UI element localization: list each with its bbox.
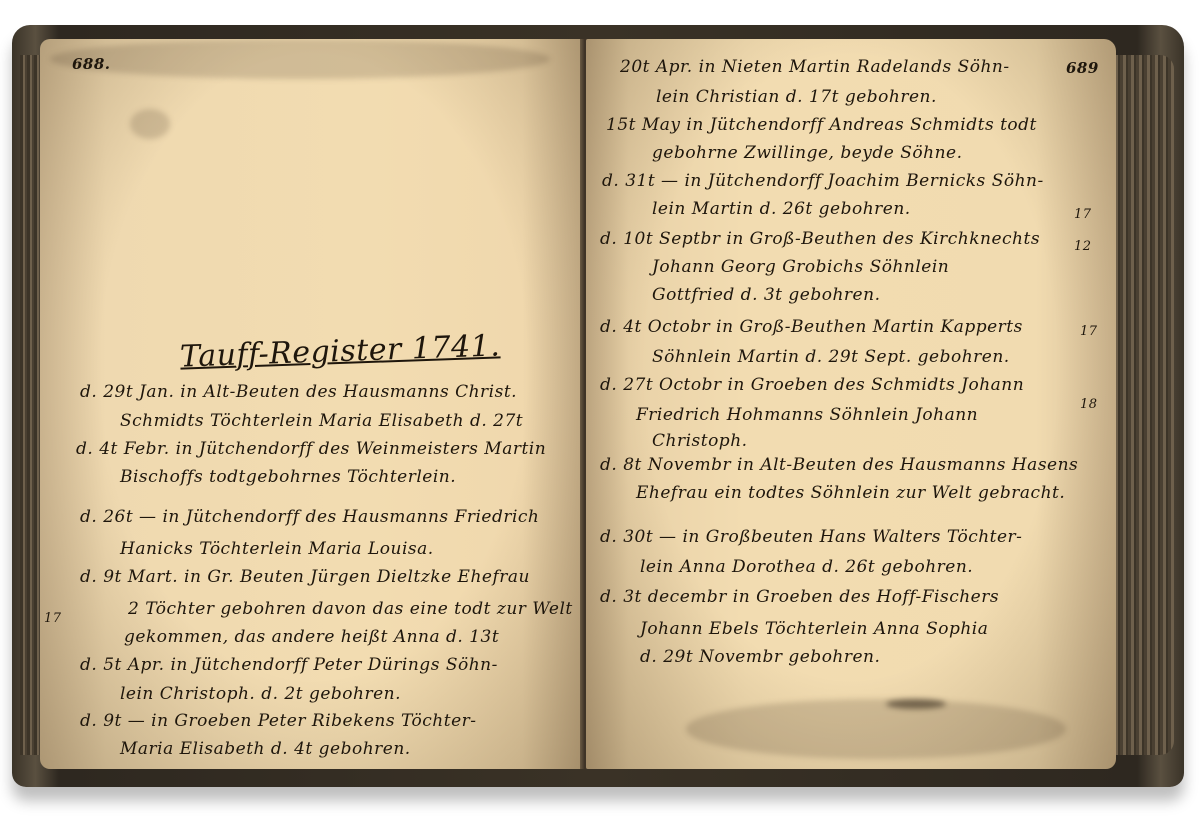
margin-note: 17 bbox=[1080, 324, 1098, 339]
entry-line: d. 10t Septbr in Groß-Beuthen des Kirchk… bbox=[600, 229, 1040, 249]
entry-line: lein Martin d. 26t gebohren. bbox=[652, 199, 911, 219]
entry-line: d. 9t — in Groeben Peter Ribekens Töchte… bbox=[80, 711, 477, 731]
entry-line: Johann Ebels Töchterlein Anna Sophia bbox=[640, 619, 988, 639]
entry-line: 15t May in Jütchendorff Andreas Schmidts… bbox=[606, 115, 1037, 135]
entry-line: Maria Elisabeth d. 4t gebohren. bbox=[120, 739, 411, 759]
entry-line: Johann Georg Grobichs Söhnlein bbox=[652, 257, 949, 277]
entry-line: d. 5t Apr. in Jütchendorff Peter Dürings… bbox=[80, 655, 498, 675]
entry-line: d. 8t Novembr in Alt-Beuten des Hausmann… bbox=[600, 455, 1078, 475]
entry-line: gebohrne Zwillinge, beyde Söhne. bbox=[652, 143, 963, 163]
margin-note: 18 bbox=[1080, 397, 1098, 412]
entry-line: d. 30t — in Großbeuten Hans Walters Töch… bbox=[600, 527, 1022, 547]
entry-line: 20t Apr. in Nieten Martin Radelands Söhn… bbox=[620, 57, 1010, 77]
entry-line: d. 27t Octobr in Groeben des Schmidts Jo… bbox=[600, 375, 1024, 395]
right-page: 689 20t Apr. in Nieten Martin Radelands … bbox=[586, 39, 1116, 769]
entry-line: Hanicks Töchterlein Maria Louisa. bbox=[120, 539, 434, 559]
entry-line: Friedrich Hohmanns Söhnlein Johann bbox=[636, 405, 978, 425]
entry-line: d. 29t Jan. in Alt-Beuten des Hausmanns … bbox=[80, 382, 517, 402]
entry-line: d. 26t — in Jütchendorff des Hausmanns F… bbox=[80, 507, 539, 527]
left-page: 688. Tauff-Register 1741. d. 29t Jan. in… bbox=[40, 39, 588, 769]
entry-line: Schmidts Töchterlein Maria Elisabeth d. … bbox=[120, 411, 523, 431]
page-number-left: 688. bbox=[72, 55, 111, 73]
margin-note: 12 bbox=[1074, 239, 1092, 254]
entry-line: 2 Töchter gebohren davon das eine todt z… bbox=[128, 599, 573, 619]
entry-line: d. 4t Febr. in Jütchendorff des Weinmeis… bbox=[76, 439, 546, 459]
open-book: 688. Tauff-Register 1741. d. 29t Jan. in… bbox=[12, 25, 1184, 787]
margin-note: 17 bbox=[44, 611, 62, 626]
entry-line: d. 31t — in Jütchendorff Joachim Bernick… bbox=[602, 171, 1044, 191]
register-title: Tauff-Register 1741. bbox=[179, 328, 500, 374]
entry-line: d. 29t Novembr gebohren. bbox=[640, 647, 880, 667]
entry-line: d. 3t decembr in Groeben des Hoff-Fische… bbox=[600, 587, 999, 607]
entry-line: lein Christian d. 17t gebohren. bbox=[656, 87, 937, 107]
margin-note: 17 bbox=[1074, 207, 1092, 222]
entry-line: Bischoffs todtgebohrnes Töchterlein. bbox=[120, 467, 456, 487]
entry-line: d. 4t Octobr in Groß-Beuthen Martin Kapp… bbox=[600, 317, 1023, 337]
entry-line: lein Anna Dorothea d. 26t gebohren. bbox=[640, 557, 973, 577]
page-number-right: 689 bbox=[1066, 59, 1099, 77]
entry-line: Söhnlein Martin d. 29t Sept. gebohren. bbox=[652, 347, 1010, 367]
entry-line: Ehefrau ein todtes Söhnlein zur Welt geb… bbox=[636, 483, 1065, 503]
entry-line: gekommen, das andere heißt Anna d. 13t bbox=[124, 627, 499, 647]
entry-line: Gottfried d. 3t gebohren. bbox=[652, 285, 880, 305]
entry-line: lein Christoph. d. 2t gebohren. bbox=[120, 684, 401, 704]
entry-line: d. 9t Mart. in Gr. Beuten Jürgen Dieltzk… bbox=[80, 567, 530, 587]
entry-line: Christoph. bbox=[652, 431, 748, 451]
book-edge-right bbox=[1112, 55, 1174, 755]
